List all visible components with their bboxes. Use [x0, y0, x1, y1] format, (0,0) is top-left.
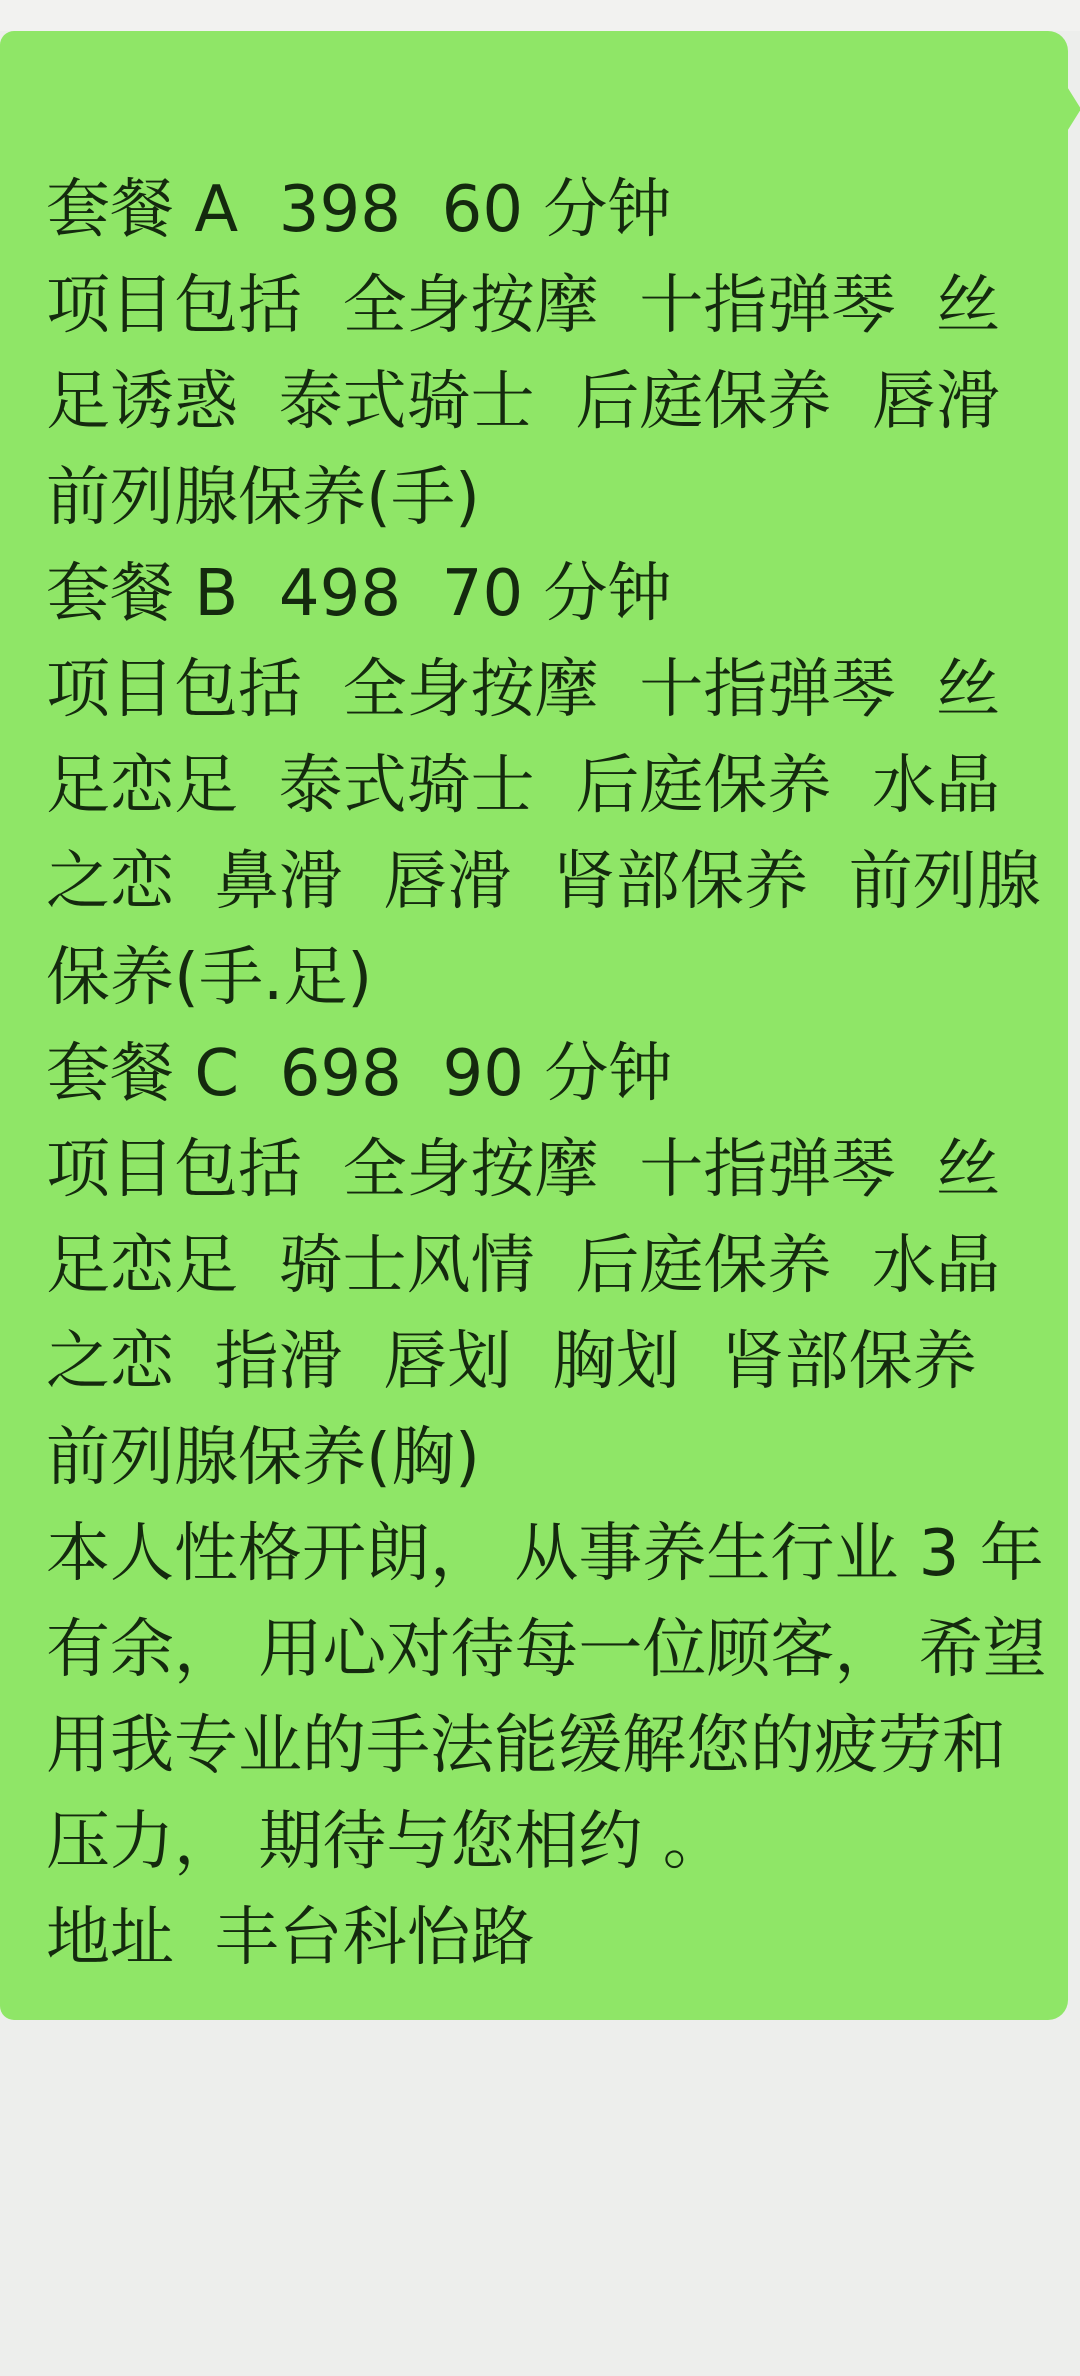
chat-background-bottom	[0, 2020, 1080, 2376]
message-line: 用我专业的手法能缓解您的疲劳和	[46, 1698, 1042, 1794]
message-line: 之恋 鼻滑 唇滑 肾部保养 前列腺	[46, 834, 1042, 930]
bubble-tail-icon	[1066, 85, 1080, 133]
message-line: 前列腺保养(胸)	[46, 1410, 1042, 1506]
message-bubble[interactable]: 套餐 A 398 60 分钟 项目包括 全身按摩 十指弹琴 丝 足诱惑 泰式骑士…	[0, 31, 1068, 2020]
message-line: 套餐 A 398 60 分钟	[46, 162, 1042, 258]
message-line: 项目包括 全身按摩 十指弹琴 丝	[46, 1122, 1042, 1218]
message-line: 保养(手.足)	[46, 930, 1042, 1026]
message-line: 压力， 期待与您相约 。	[46, 1794, 1042, 1890]
message-line: 足恋足 泰式骑士 后庭保养 水晶	[46, 738, 1042, 834]
message-line: 项目包括 全身按摩 十指弹琴 丝	[46, 258, 1042, 354]
message-line: 套餐 B 498 70 分钟	[46, 546, 1042, 642]
chat-screen: 套餐 A 398 60 分钟 项目包括 全身按摩 十指弹琴 丝 足诱惑 泰式骑士…	[0, 0, 1080, 2376]
message-line: 套餐 C 698 90 分钟	[46, 1026, 1042, 1122]
message-line: 之恋 指滑 唇划 胸划 肾部保养	[46, 1314, 1042, 1410]
chat-background-top	[0, 0, 1080, 31]
message-line: 本人性格开朗， 从事养生行业 3 年	[46, 1506, 1042, 1602]
message-line: 足恋足 骑士风情 后庭保养 水晶	[46, 1218, 1042, 1314]
message-line: 足诱惑 泰式骑士 后庭保养 唇滑	[46, 354, 1042, 450]
message-line: 有余， 用心对待每一位顾客， 希望	[46, 1602, 1042, 1698]
message-text: 套餐 A 398 60 分钟 项目包括 全身按摩 十指弹琴 丝 足诱惑 泰式骑士…	[0, 31, 1068, 1986]
message-line: 项目包括 全身按摩 十指弹琴 丝	[46, 642, 1042, 738]
message-line: 地址 丰台科怡路	[46, 1890, 1042, 1986]
message-line: 前列腺保养(手)	[46, 450, 1042, 546]
